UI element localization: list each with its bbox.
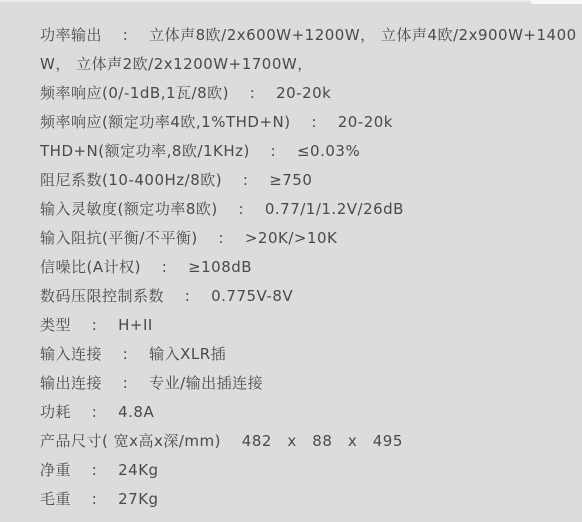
spec-value: ≥750 bbox=[269, 171, 312, 189]
spec-separator: : bbox=[164, 287, 211, 305]
spec-value: >20K/>10K bbox=[245, 229, 338, 247]
spec-separator: : bbox=[71, 403, 118, 421]
spec-row-power-output: 功率输出 : 立体声8欧/2x600W+1200W， 立体声4欧/2x900W+… bbox=[40, 21, 577, 79]
spec-value: 0.77/1/1.2V/26dB bbox=[265, 200, 404, 218]
spec-label: 产品尺寸( 宽x高x深/mm) bbox=[40, 432, 221, 450]
spec-row-freq-response-rated: 频率响应(额定功率4欧,1%THD+N) : 20-20k bbox=[40, 108, 577, 137]
spec-label: 输出连接 bbox=[40, 374, 102, 392]
spec-separator: : bbox=[71, 316, 118, 334]
spec-label: 频率响应(0/-1dB,1瓦/8欧) bbox=[40, 84, 229, 102]
spec-separator: : bbox=[71, 490, 118, 508]
spec-label: 频率响应(额定功率4欧,1%THD+N) bbox=[40, 113, 291, 131]
spec-value: ≥108dB bbox=[188, 258, 252, 276]
spec-separator: : bbox=[222, 171, 269, 189]
spec-row-damping-factor: 阻尼系数(10-400Hz/8欧) : ≥750 bbox=[40, 166, 577, 195]
spec-value: 20-20k bbox=[276, 84, 331, 102]
spec-value: 482 x 88 x 495 bbox=[242, 432, 403, 450]
spec-label: 信噪比(A计权) bbox=[40, 258, 141, 276]
spec-label: 类型 bbox=[40, 316, 71, 334]
spec-separator: : bbox=[141, 258, 188, 276]
spec-separator: : bbox=[198, 229, 245, 247]
spec-sheet: 功率输出 : 立体声8欧/2x600W+1200W， 立体声4欧/2x900W+… bbox=[0, 0, 582, 514]
spec-value: H+II bbox=[118, 316, 153, 334]
spec-label: 数码压限控制系数 bbox=[40, 287, 164, 305]
spec-value: 24Kg bbox=[118, 461, 158, 479]
spec-separator: : bbox=[102, 26, 149, 44]
spec-value: 4.8A bbox=[118, 403, 154, 421]
spec-separator: : bbox=[71, 461, 118, 479]
spec-row-output-connector: 输出连接 : 专业/输出插连接 bbox=[40, 369, 577, 398]
spec-row-input-connector: 输入连接 : 输入XLR插 bbox=[40, 340, 577, 369]
spec-separator: : bbox=[102, 374, 149, 392]
spec-row-product-dimensions: 产品尺寸( 宽x高x深/mm) 482 x 88 x 495 bbox=[40, 427, 577, 456]
spec-separator: : bbox=[229, 84, 276, 102]
spec-label: 功耗 bbox=[40, 403, 71, 421]
spec-value: 专业/输出插连接 bbox=[149, 374, 263, 392]
spec-row-snr: 信噪比(A计权) : ≥108dB bbox=[40, 253, 577, 282]
spec-value: 0.775V-8V bbox=[211, 287, 293, 305]
spec-row-thd-n: THD+N(额定功率,8欧/1KHz) : ≤0.03% bbox=[40, 137, 577, 166]
spec-separator: : bbox=[291, 113, 338, 131]
spec-value: 输入XLR插 bbox=[149, 345, 226, 363]
spec-row-input-sensitivity: 输入灵敏度(额定功率8欧) : 0.77/1/1.2V/26dB bbox=[40, 195, 577, 224]
spec-label: 阻尼系数(10-400Hz/8欧) bbox=[40, 171, 222, 189]
spec-label: 输入灵敏度(额定功率8欧) bbox=[40, 200, 218, 218]
spec-row-freq-response-1w: 频率响应(0/-1dB,1瓦/8欧) : 20-20k bbox=[40, 79, 577, 108]
spec-row-net-weight: 净重 : 24Kg bbox=[40, 456, 577, 485]
spec-row-input-impedance: 输入阻抗(平衡/不平衡) : >20K/>10K bbox=[40, 224, 577, 253]
spec-separator: : bbox=[250, 142, 297, 160]
spec-row-limiter-coefficient: 数码压限控制系数 : 0.775V-8V bbox=[40, 282, 577, 311]
spec-value: 20-20k bbox=[338, 113, 393, 131]
spec-row-class-type: 类型 : H+II bbox=[40, 311, 577, 340]
spec-label: 输入阻抗(平衡/不平衡) bbox=[40, 229, 198, 247]
spec-separator: : bbox=[218, 200, 265, 218]
spec-label: 功率输出 bbox=[40, 26, 102, 44]
spec-separator: : bbox=[102, 345, 149, 363]
spec-separator bbox=[221, 432, 242, 450]
spec-label: THD+N(额定功率,8欧/1KHz) bbox=[40, 142, 250, 160]
spec-label: 毛重 bbox=[40, 490, 71, 508]
spec-row-gross-weight: 毛重 : 27Kg bbox=[40, 485, 577, 514]
spec-value: ≤0.03% bbox=[297, 142, 360, 160]
spec-label: 净重 bbox=[40, 461, 71, 479]
spec-label: 输入连接 bbox=[40, 345, 102, 363]
spec-row-power-consumption: 功耗 : 4.8A bbox=[40, 398, 577, 427]
spec-value: 27Kg bbox=[118, 490, 158, 508]
